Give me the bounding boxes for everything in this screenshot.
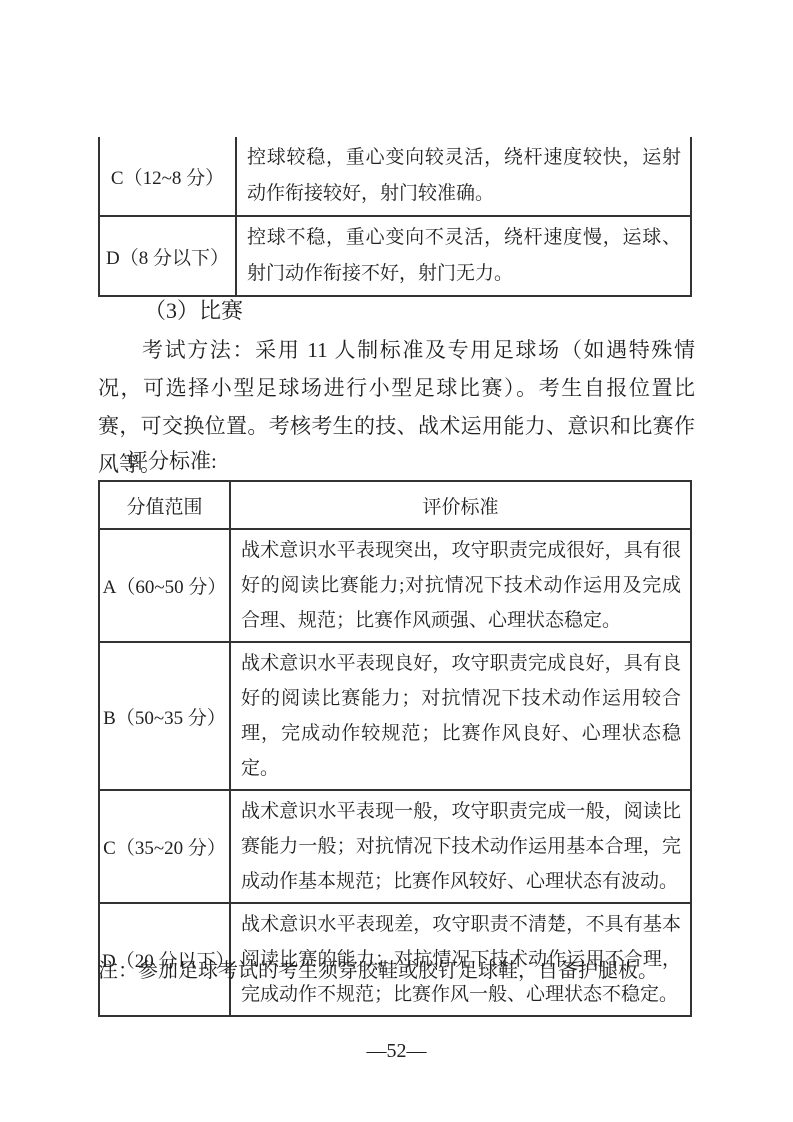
table-row: B（50~35 分） 战术意识水平表现良好，攻守职责完成良好，具有良好的阅读比赛… bbox=[99, 642, 691, 790]
footnote: 注：参加足球考试的考生须穿胶鞋或胶钉足球鞋，自备护腿板。 bbox=[98, 956, 694, 986]
document-page: C（12~8 分） 控球较稳，重心变向较灵活，绕杆速度较快，运射动作衔接较好，射… bbox=[0, 0, 793, 1122]
score-range-cell: B（50~35 分） bbox=[99, 642, 230, 790]
table-header-row: 分值范围 评价标准 bbox=[99, 481, 691, 529]
score-range-cell: C（12~8 分） bbox=[99, 137, 236, 216]
table-row: D（8 分以下） 控球不稳，重心变向不灵活，绕杆速度慢，运球、射门动作衔接不好，… bbox=[99, 216, 691, 296]
score-range-cell: D（8 分以下） bbox=[99, 216, 236, 296]
column-header-criteria: 评价标准 bbox=[230, 481, 691, 529]
score-range-cell: A（60~50 分） bbox=[99, 529, 230, 642]
criteria-cell: 战术意识水平表现良好，攻守职责完成良好，具有良好的阅读比赛能力；对抗情况下技术动… bbox=[230, 642, 691, 790]
page-number: —52— bbox=[0, 1038, 793, 1064]
table-row: A（60~50 分） 战术意识水平表现突出，攻守职责完成很好，具有很好的阅读比赛… bbox=[99, 529, 691, 642]
scoring-standard-label: 评分标准: bbox=[127, 446, 217, 476]
match-scoring-table: 分值范围 评价标准 A（60~50 分） 战术意识水平表现突出，攻守职责完成很好… bbox=[98, 480, 692, 1017]
table-row: C（12~8 分） 控球较稳，重心变向较灵活，绕杆速度较快，运射动作衔接较好，射… bbox=[99, 137, 691, 216]
table-row: C（35~20 分） 战术意识水平表现一般，攻守职责完成一般，阅读比赛能力一般；… bbox=[99, 790, 691, 903]
criteria-cell: 控球较稳，重心变向较灵活，绕杆速度较快，运射动作衔接较好，射门较准确。 bbox=[236, 137, 691, 216]
column-header-score-range: 分值范围 bbox=[99, 481, 230, 529]
criteria-cell: 战术意识水平表现一般，攻守职责完成一般，阅读比赛能力一般；对抗情况下技术动作运用… bbox=[230, 790, 691, 903]
dribbling-score-table: C（12~8 分） 控球较稳，重心变向较灵活，绕杆速度较快，运射动作衔接较好，射… bbox=[98, 137, 692, 297]
criteria-cell: 控球不稳，重心变向不灵活，绕杆速度慢，运球、射门动作衔接不好，射门无力。 bbox=[236, 216, 691, 296]
section-heading: （3）比赛 bbox=[144, 296, 243, 326]
criteria-cell: 战术意识水平表现突出，攻守职责完成很好，具有很好的阅读比赛能力;对抗情况下技术动… bbox=[230, 529, 691, 642]
score-range-cell: C（35~20 分） bbox=[99, 790, 230, 903]
